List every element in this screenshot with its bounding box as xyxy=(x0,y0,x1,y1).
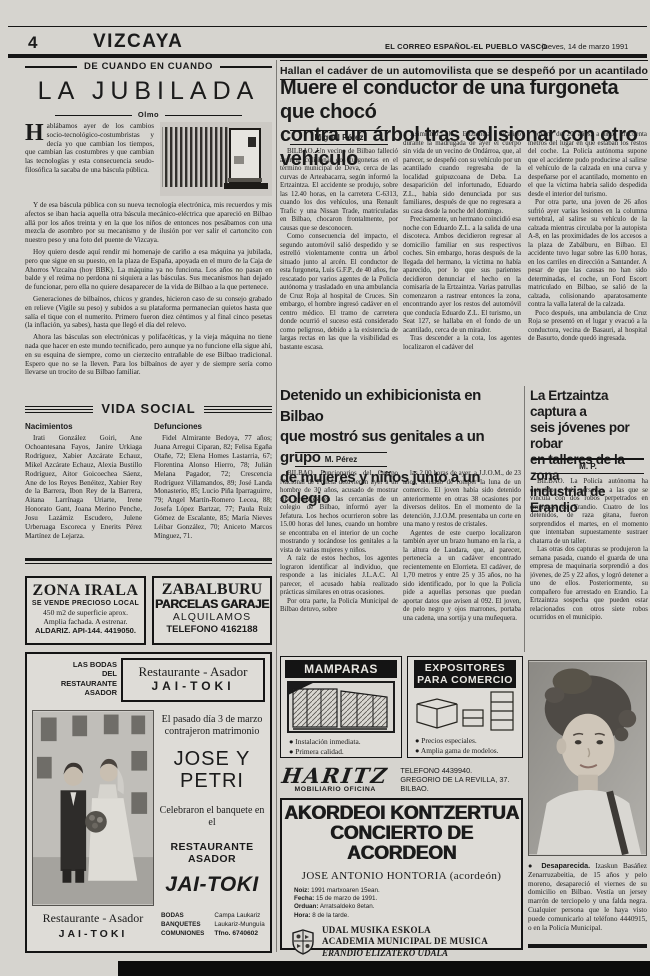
jai-toki-bottom-left: Restaurante - Asador JAI-TOKI xyxy=(32,912,154,940)
article-paragraph: A raíz de estos hechos, los agentes logr… xyxy=(280,555,398,598)
jai-toki-restaurante-asador: RESTAURANTE ASADOR xyxy=(159,841,265,865)
main-article-col3: joven, de 20 años, a unos cincuenta metr… xyxy=(528,131,647,378)
desaparecida-notice: ● Desaparecida. Izaskun Basáñez Zenarruz… xyxy=(528,862,647,942)
article-paragraph: BILBAO. Funcionarios del Cuerpo Nacional… xyxy=(280,470,398,555)
zona-irala-ad: ZONA IRALA SE VENDE PRECIOSO LOCAL 450 m… xyxy=(25,576,146,645)
zona-irala-line: 450 m2 de superficie aprox. xyxy=(27,608,144,617)
jubilada-kicker: DE CUANDO EN CUANDO xyxy=(25,62,272,72)
jai-toki-announcement: El pasado día 3 de marzo contrajeron mat… xyxy=(159,714,265,737)
defunciones-title: Defunciones xyxy=(154,422,272,431)
expositores-title: EXPOSITORES PARA COMERCIO xyxy=(414,660,516,688)
expositores-ad: EXPOSITORES PARA COMERCIO ● Precios espe… xyxy=(407,656,523,758)
desaparecida-lead: ● Desaparecida. xyxy=(528,862,590,870)
jai-toki-couple-names: JOSE Y PETRI xyxy=(159,748,265,792)
page-number: 4 xyxy=(28,34,37,51)
main-byline: Miguel Pérez xyxy=(290,130,388,145)
column-divider xyxy=(276,60,277,952)
missing-girl-photo xyxy=(528,660,647,856)
mamparas-bullets: ● Instalación inmediata. ● Primera calid… xyxy=(289,737,401,756)
exhibicionista-col1: BILBAO. Funcionarios del Cuerpo Nacional… xyxy=(280,470,398,652)
jai-toki-right-column: El pasado día 3 de marzo contrajeron mat… xyxy=(159,714,265,896)
nacimientos-list: Irati González Goiri, Ane Ochoantesana F… xyxy=(25,434,142,541)
ertzaintza-byline: M. P. xyxy=(532,458,644,474)
article-paragraph: Las otras dos capturas se produjeron la … xyxy=(530,546,648,623)
expositores-bullet: ● Precios especiales. xyxy=(415,736,522,746)
mamparas-bullet: ● Instalación inmediata. xyxy=(289,737,401,747)
akordeoi-org-line2: ACADEMIA MUNICIPAL DE MUSICA xyxy=(322,936,488,947)
expositores-bullet: ● Amplia gama de modelos. xyxy=(415,746,522,756)
jubilada-author-row: Olmo xyxy=(55,111,242,119)
section-divider xyxy=(524,386,525,652)
haritz-contact-info: TELEFONO 4439940. GREGORIO DE LA REVILLA… xyxy=(400,766,509,793)
main-article-col2: Asimismo, la Ertzaintza localizó durante… xyxy=(403,131,521,378)
jubilada-dropcap: H xyxy=(25,123,44,143)
jai-toki-ad: LAS BODAS DEL RESTAURANTE ASADOR Restaur… xyxy=(25,652,272,953)
article-paragraph: Poco después, una ambulancia de Cruz Roj… xyxy=(528,310,647,344)
zabalburu-phone: TELEFONO 4162188 xyxy=(154,624,270,636)
masthead: EL CORREO ESPAÑOL-EL PUEBLO VASCO xyxy=(385,42,547,51)
schedule-line: Noiz: 1991 martxoaren 15ean. xyxy=(294,887,521,895)
haritz-ad: HARITZ MOBILIARIO OFICINA TELEFONO 44399… xyxy=(282,765,523,794)
defunciones-list: Fidel Almirante Bedoya, 77 años; Juana A… xyxy=(154,434,272,541)
article-paragraph: las 2.00 horas de ayer, a J.J.O.M., de 2… xyxy=(403,470,521,530)
jai-toki-top-line1: Restaurante - Asador xyxy=(123,664,263,679)
jai-toki-corner-text: LAS BODAS DEL RESTAURANTE ASADOR xyxy=(31,660,117,697)
jai-toki-contact: BODAS BANQUETES COMUNIONES Campa Laukari… xyxy=(161,911,265,938)
vida-social-rule-thin xyxy=(25,563,272,564)
schedule-line: Fecha: 15 de marzo de 1991. xyxy=(294,895,521,903)
article-paragraph: Tras descender a la cota, los agentes lo… xyxy=(403,335,521,352)
article-paragraph: Asimismo, la Ertzaintza localizó durante… xyxy=(403,131,521,216)
jubilada-paragraph: Hoy quiero desde aquí rendir mi homenaje… xyxy=(25,248,272,292)
jubilada-author: Olmo xyxy=(138,111,159,119)
schedule-line: Hora: 8 de la tarde. xyxy=(294,912,521,920)
akordeoi-performer: JOSE ANTONIO HONTORIA (acordeón) xyxy=(282,870,521,883)
article-paragraph: Como consecuencia del impacto, el segund… xyxy=(280,233,398,352)
vida-social-rule xyxy=(25,558,272,561)
jai-toki-services: BODAS BANQUETES COMUNIONES xyxy=(161,911,204,938)
nacimientos-column: Nacimientos Irati González Goiri, Ane Oc… xyxy=(25,422,142,554)
defunciones-column: Defunciones Fidel Almirante Bedoya, 77 a… xyxy=(154,422,272,554)
jubilada-title: LA JUBILADA xyxy=(25,78,272,104)
article-paragraph: BILBAO. La Policía autónoma ha detenido … xyxy=(530,478,648,546)
akordeoi-ad: AKORDEOI KONTZERTUA CONCIERTO DE ACORDEO… xyxy=(280,798,523,950)
bottom-section-rule xyxy=(528,944,647,948)
zabalburu-line: PARCELAS GARAJE xyxy=(154,598,270,611)
nacimientos-title: Nacimientos xyxy=(25,422,142,431)
section-title: VIZCAYA xyxy=(93,32,183,51)
jai-toki-bottom-line1: Restaurante - Asador xyxy=(32,912,154,925)
mamparas-title: MAMPARAS xyxy=(285,660,397,678)
zabalburu-line: ALQUILAMOS xyxy=(154,611,270,624)
bascula-illustration xyxy=(160,122,272,196)
article-paragraph: Por otra parte, la Policía Municipal de … xyxy=(280,598,398,615)
desaparecida-text: Izaskun Basáñez Zenarruzabeitia, de 15 a… xyxy=(528,862,647,932)
jubilada-paragraph: Generaciones de bilbaínos, chicos y gran… xyxy=(25,295,272,330)
expositores-drawing xyxy=(413,690,517,734)
municipal-crest-icon xyxy=(292,929,314,955)
ertzaintza-body: BILBAO. La Policía autónoma ha detenido … xyxy=(530,478,648,652)
zabalburu-title: ZABALBURU xyxy=(154,581,270,598)
zabalburu-ad: ZABALBURU PARCELAS GARAJE ALQUILAMOS TEL… xyxy=(152,576,272,645)
akordeoi-banner-line2: CONCIERTO DE ACORDEON xyxy=(282,824,521,864)
jai-toki-top-box: Restaurante - Asador JAI-TOKI xyxy=(121,658,265,702)
akordeoi-schedule: Noiz: 1991 martxoaren 15ean. Fecha: 15 d… xyxy=(294,887,521,920)
akordeoi-org-line3: ERANDIO ELIZATEKO UDALA xyxy=(322,947,488,959)
article-paragraph: Agentes de este cuerpo localizaron tambi… xyxy=(403,530,521,624)
vida-social-title: VIDA SOCIAL xyxy=(101,402,195,416)
akordeoi-org-line1: UDAL MUSIKA ESKOLA xyxy=(322,925,488,936)
article-paragraph: Precisamente, un hermano coincidió esa n… xyxy=(403,216,521,335)
haritz-logo: HARITZ xyxy=(281,765,390,786)
mamparas-bullet: ● Primera calidad. xyxy=(289,747,401,757)
zona-irala-title: ZONA IRALA xyxy=(27,582,144,599)
article-paragraph: joven, de 20 años, a unos cincuenta metr… xyxy=(528,131,647,199)
expositores-bullets: ● Precios especiales. ● Amplia gama de m… xyxy=(415,736,522,755)
jai-toki-phone: Tfno. 6740602 xyxy=(214,929,264,938)
jubilada-kicker-label: DE CUANDO EN CUANDO xyxy=(84,62,213,72)
date: jueves, 14 de marzo 1991 xyxy=(542,42,628,51)
wedding-photo xyxy=(32,710,154,906)
jubilada-paragraph: Ahora las básculas son electrónicas y po… xyxy=(25,333,272,377)
jubilada-paragraph: ablábamos ayer de los cambios socio-tecn… xyxy=(25,122,154,174)
article-paragraph: Por otra parte, una joven de 26 años suf… xyxy=(528,199,647,310)
header-thick-rule xyxy=(8,54,647,58)
jai-toki-bottom-line2: JAI-TOKI xyxy=(32,928,154,940)
jubilada-body: Hablábamos ayer de los cambios socio-tec… xyxy=(25,122,272,394)
article-paragraph: BILBAO. Un vecino de Bilbao falleció aye… xyxy=(280,148,398,233)
scan-edge-bar xyxy=(118,961,650,976)
header-top-rule xyxy=(8,26,647,27)
jai-toki-big-name: JAI-TOKI xyxy=(159,874,265,896)
akordeoi-banner-line1: AKORDEOI KONTZERTUA xyxy=(282,804,521,824)
newspaper-page: 4 VIZCAYA EL CORREO ESPAÑOL-EL PUEBLO VA… xyxy=(0,0,650,976)
schedule-line: Orduan: Arratsaldeko 8etan. xyxy=(294,903,521,911)
zona-irala-line: Amplia fachada. A estrenar. xyxy=(27,617,144,626)
mamparas-ad: MAMPARAS ● Instalación inmediata. ● Prim… xyxy=(280,656,402,758)
jai-toki-address: Campa Laukariz Laukariz-Munguía xyxy=(214,911,264,929)
main-article-col1: BILBAO. Un vecino de Bilbao falleció aye… xyxy=(280,148,398,378)
jubilada-paragraph: Y de esa báscula pública con su nueva te… xyxy=(25,201,272,245)
zona-irala-line: SE VENDE PRECIOSO LOCAL xyxy=(27,599,144,608)
zona-irala-phone: ALDARIZ. API-144. 4419050. xyxy=(27,626,144,636)
exhibicionista-byline: M. Pérez xyxy=(295,452,387,467)
jai-toki-celebration: Celebraron el banquete en el xyxy=(159,805,265,828)
vida-social-header: VIDA SOCIAL xyxy=(25,402,272,416)
mamparas-drawing xyxy=(287,681,395,733)
exhibicionista-col2: las 2.00 horas de ayer, a J.J.O.M., de 2… xyxy=(403,470,521,652)
jai-toki-top-line2: JAI-TOKI xyxy=(123,679,263,693)
